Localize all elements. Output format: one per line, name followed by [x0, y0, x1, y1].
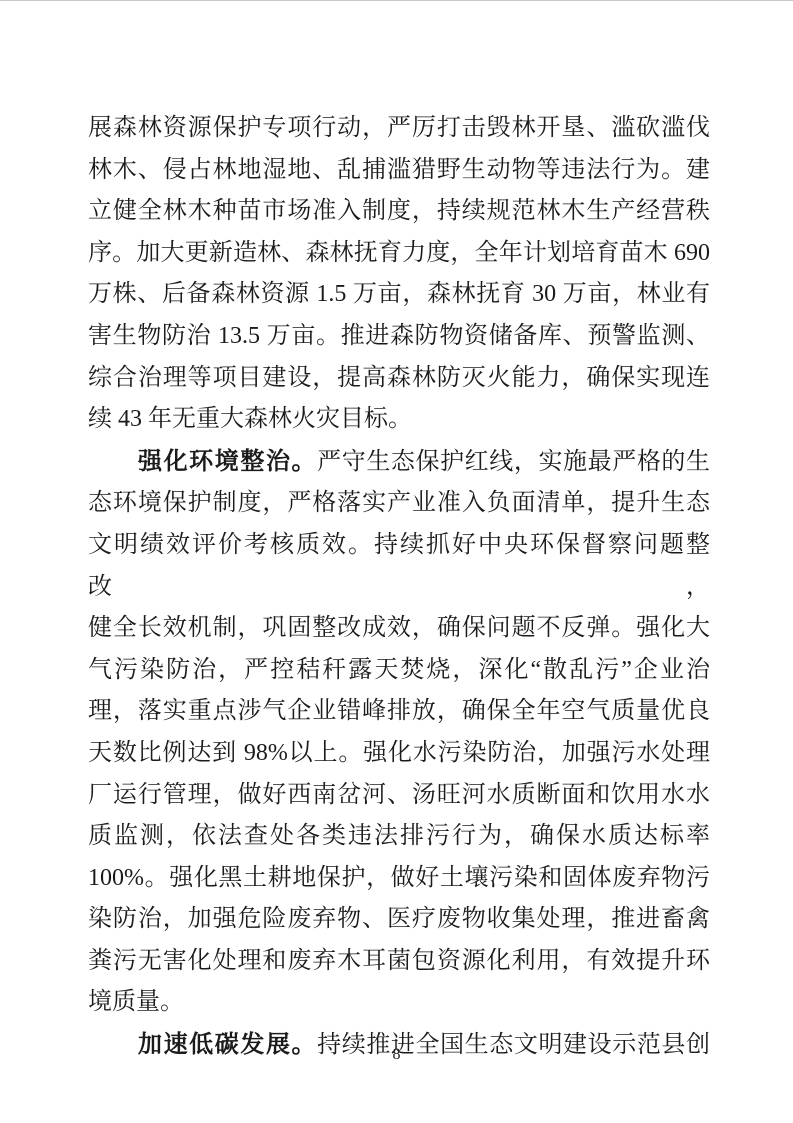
text-line: 天数比例达到 98%以上。强化水污染防治，加强污水处理	[88, 733, 710, 775]
text-line: 100%。强化黑土耕地保护，做好土壤污染和固体废弃物污	[88, 858, 710, 900]
text-line: 粪污无害化处理和废弃木耳菌包资源化利用，有效提升环	[88, 941, 710, 983]
text-line: 林木、侵占林地湿地、乱捕滥猎野生动物等违法行为。建	[88, 150, 710, 192]
text-line: 序。加大更新造林、森林抚育力度，全年计划培育苗木 690	[88, 233, 710, 275]
paragraph-lead: 强化环境整治。	[138, 447, 317, 475]
text-line: 害生物防治 13.5 万亩。推进森防物资储备库、预警监测、	[88, 316, 710, 358]
text-line: 理，落实重点涉气企业错峰排放，确保全年空气质量优良	[88, 691, 710, 733]
page-number: 8	[0, 1045, 793, 1065]
text-line: 境质量。	[88, 982, 710, 1024]
text-line: 万株、后备森林资源 1.5 万亩，森林抚育 30 万亩，林业有	[88, 274, 710, 316]
text-line: 厂运行管理，做好西南岔河、汤旺河水质断面和饮用水水	[88, 775, 710, 817]
text-line: 强化环境整治。严守生态保护红线，实施最严格的生	[88, 441, 710, 484]
text-line: 续 43 年无重大森林火灾目标。	[88, 399, 710, 441]
document-page: 展森林资源保护专项行动，严厉打击毁林开垦、滥砍滥伐林木、侵占林地湿地、乱捕滥猎野…	[0, 0, 793, 1123]
document-body: 展森林资源保护专项行动，严厉打击毁林开垦、滥砍滥伐林木、侵占林地湿地、乱捕滥猎野…	[88, 108, 710, 1067]
text-line: 综合治理等项目建设，提高森林防灭火能力，确保实现连	[88, 358, 710, 400]
text-line: 态环境保护制度，严格落实产业准入负面清单，提升生态	[88, 483, 710, 525]
text-line: 气污染防治，严控秸秆露天焚烧，深化“散乱污”企业治	[88, 650, 710, 692]
text-line: 立健全林木种苗市场准入制度，持续规范林木生产经营秩	[88, 191, 710, 233]
text-line: 文明绩效评价考核质效。持续抓好中央环保督察问题整改，	[88, 525, 710, 608]
text-line: 染防治，加强危险废弃物、医疗废物收集处理，推进畜禽	[88, 899, 710, 941]
text-line: 健全长效机制，巩固整改成效，确保问题不反弹。强化大	[88, 608, 710, 650]
text-line: 展森林资源保护专项行动，严厉打击毁林开垦、滥砍滥伐	[88, 108, 710, 150]
text-line: 质监测，依法查处各类违法排污行为，确保水质达标率	[88, 816, 710, 858]
